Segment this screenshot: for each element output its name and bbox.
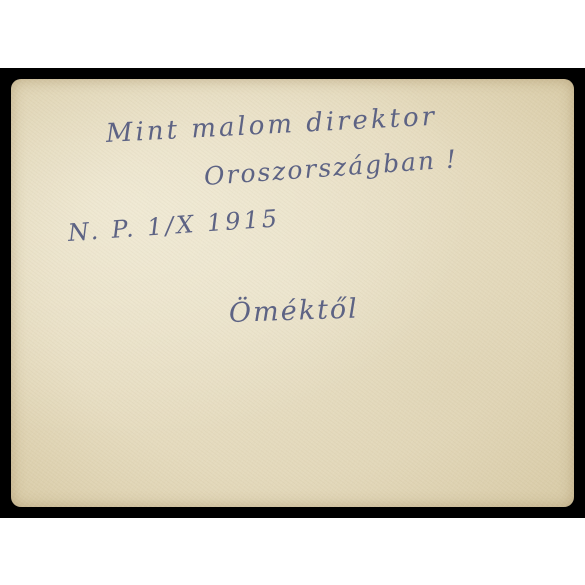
inscription-signature: Öméktől bbox=[228, 293, 359, 329]
paper-texture bbox=[11, 79, 574, 507]
inscription-line-1: Mint malom direktor bbox=[105, 102, 438, 149]
inscription-line-2: Oroszországban ! bbox=[203, 144, 459, 191]
photo-back-card: Mint malom direktor Oroszországban ! N. … bbox=[11, 79, 574, 507]
inscription-date: N. P. 1/X 1915 bbox=[67, 204, 281, 247]
